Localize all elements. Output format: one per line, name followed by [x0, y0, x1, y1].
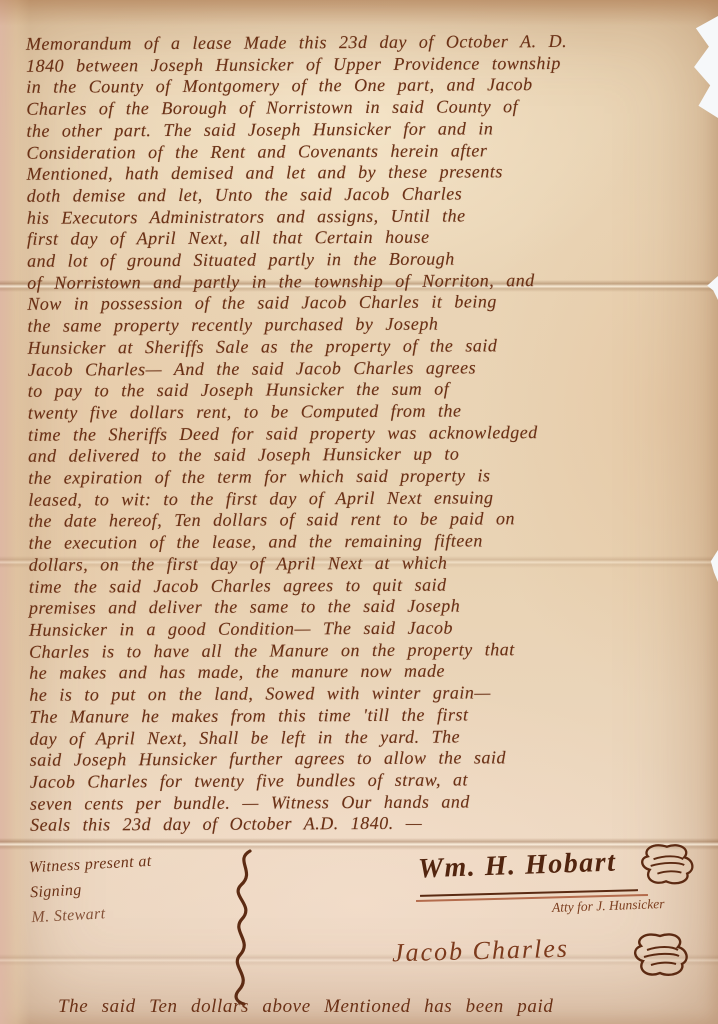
scanned-document: Memorandum of a lease Made this 23d day …	[0, 0, 718, 1024]
manuscript-line: Seals this 23d day of October A.D. 1840.…	[30, 812, 708, 837]
witness-brace-icon	[228, 848, 258, 1011]
bottom-partial-line: The said Ten dollars above Mentioned has…	[58, 996, 553, 1018]
witness-block: Witness present at Signing M. Stewart	[28, 849, 155, 930]
signature-charles: Jacob Charles	[392, 934, 570, 969]
paper-top-edge	[0, 0, 718, 26]
fold-crease	[0, 954, 718, 966]
seal-scribble-icon	[638, 840, 696, 893]
manuscript-body: Memorandum of a lease Made this 23d day …	[26, 30, 708, 837]
paper-left-edge	[0, 0, 30, 1024]
seal-scribble-icon	[630, 928, 690, 985]
